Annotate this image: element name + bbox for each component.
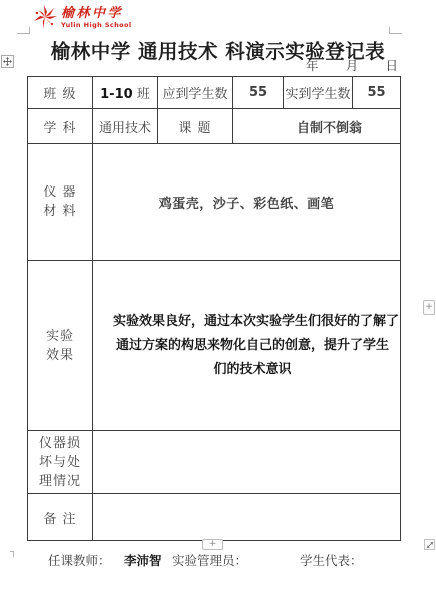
class-value-cell[interactable]: 1-10 班 xyxy=(93,77,158,109)
damage-value-cell[interactable] xyxy=(93,431,401,494)
actual-students-label-cell: 实到学生数 xyxy=(284,77,353,109)
table-row: 实验 效果 实验效果良好，通过本次实验学生们很好的了解了 通过方案的构思来物化自… xyxy=(28,261,401,431)
equipment-label-line: 仪 器 xyxy=(28,183,92,202)
teacher-label: 任课教师： xyxy=(48,551,111,569)
table-row: 仪器损 坏与处 理情况 xyxy=(28,431,401,494)
topic-label-cell: 课 题 xyxy=(158,109,233,144)
topic-value-cell[interactable]: 自制不倒翁 xyxy=(233,109,401,144)
table-resize-handle-icon[interactable] xyxy=(424,539,435,550)
effect-label-line: 效果 xyxy=(28,346,92,365)
equipment-value-cell[interactable]: 鸡蛋壳，沙子、彩色纸、画笔 xyxy=(93,144,401,261)
insert-column-plus-button[interactable]: + xyxy=(423,300,435,315)
damage-label-line: 理情况 xyxy=(28,472,92,491)
school-logo: 榆林中学 Yulin High School xyxy=(34,4,132,30)
remarks-label-cell: 备 注 xyxy=(28,494,93,541)
expected-students-label-cell: 应到学生数 xyxy=(158,77,233,109)
damage-label-cell: 仪器损 坏与处 理情况 xyxy=(28,431,93,494)
class-value: 1-10 xyxy=(100,87,133,102)
document-page: 榆林中学 Yulin High School 榆林中学 通用技术 科演示实验登记… xyxy=(0,0,436,591)
effect-text-line: 实验效果良好，通过本次实验学生们很好的了解了 xyxy=(113,310,392,334)
actual-students-value-cell[interactable]: 55 xyxy=(353,77,401,109)
school-name-en: Yulin High School xyxy=(61,21,132,29)
table-move-handle-icon[interactable] xyxy=(1,55,14,68)
effect-text-line: 通过方案的构思来物化自己的创意，提升了学生 xyxy=(113,334,392,358)
table-row: 班 级 1-10 班 应到学生数 55 实到学生数 55 xyxy=(28,77,401,109)
date-line: 年 月 日 xyxy=(306,56,398,74)
damage-label-line: 仪器损 xyxy=(28,434,92,453)
lab-manager-label: 实验管理员： xyxy=(172,551,247,569)
margin-corner-mark-top-right xyxy=(389,27,402,34)
subject-value-cell[interactable]: 通用技术 xyxy=(93,109,158,144)
logo-starburst-icon xyxy=(34,4,58,30)
date-month-label: 月 xyxy=(346,56,359,74)
effect-value-cell[interactable]: 实验效果良好，通过本次实验学生们很好的了解了 通过方案的构思来物化自己的创意，提… xyxy=(93,261,401,431)
effect-label-line: 实验 xyxy=(28,327,92,346)
insert-row-plus-button[interactable]: + xyxy=(202,539,223,550)
equipment-label-line: 材 料 xyxy=(28,202,92,221)
margin-corner-mark-top-left xyxy=(17,27,30,34)
table-row: 备 注 xyxy=(28,494,401,541)
subject-label-cell: 学 科 xyxy=(28,109,93,144)
table-row: 仪 器 材 料 鸡蛋壳，沙子、彩色纸、画笔 xyxy=(28,144,401,261)
teacher-name[interactable]: 李沛智 xyxy=(124,551,162,569)
student-rep-label: 学生代表： xyxy=(300,551,363,569)
damage-label-line: 坏与处 xyxy=(28,453,92,472)
class-label-cell: 班 级 xyxy=(28,77,93,109)
equipment-label-cell: 仪 器 材 料 xyxy=(28,144,93,261)
effect-text-line: 们的技术意识 xyxy=(113,358,392,382)
signature-line: 任课教师： 李沛智 实验管理员： 学生代表： xyxy=(0,551,436,567)
registration-table: 班 级 1-10 班 应到学生数 55 实到学生数 55 学 科 通用技术 课 … xyxy=(27,76,401,541)
effect-label-cell: 实验 效果 xyxy=(28,261,93,431)
expected-students-value-cell[interactable]: 55 xyxy=(233,77,284,109)
table-row: 学 科 通用技术 课 题 自制不倒翁 xyxy=(28,109,401,144)
date-year-label: 年 xyxy=(306,56,319,74)
date-day-label: 日 xyxy=(385,56,398,74)
remarks-value-cell[interactable] xyxy=(93,494,401,541)
class-unit: 班 xyxy=(137,87,150,102)
school-name-cn: 榆林中学 xyxy=(61,7,132,21)
